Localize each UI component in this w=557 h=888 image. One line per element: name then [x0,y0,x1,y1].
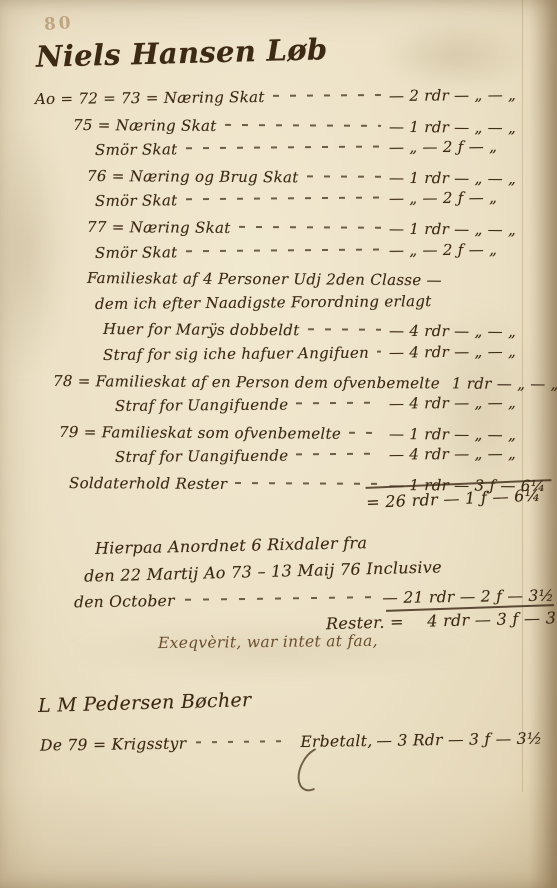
signature-entry-row: De 79 = Krigsstyr Erbetalt, — 3 Rdr — 3 … [40,729,554,754]
ledger-row-amount: — 4 rdr — „ — „ [389,393,549,412]
rester-amount: 4 rdr — 3 ƒ — 3½ [427,608,557,631]
ledger-row: Smör Skat — „ — 2 ƒ — „ [95,137,549,167]
ledger-row-amount: — 2 rdr — „ — „ [389,86,549,105]
dotted-leader [186,747,296,749]
paid-label: Erbetalt, [300,732,372,751]
paid-amount: — 3 Rdr — 3 ƒ — 3½ [376,730,542,750]
ledger-row: Straf for Uangifuende — 4 rdr — „ — „ [115,393,549,422]
dotted-leader [231,233,389,234]
ledger-row: Ao = 72 = 73 = Næring Skat — 2 rdr — „ —… [35,86,549,116]
ledger-row-label: 79 = Familieskat som ofvenbemelte [59,423,341,443]
dotted-leader [288,409,389,410]
bleedthrough-blob [380,20,530,90]
ledger-row-label: Soldaterhold Rester [69,474,227,493]
ledger-row-label: 76 = Næring og Brug Skat [87,167,299,186]
ledger-row-amount: 1 rdr — „ — „ [452,374,557,393]
ledger-row-amount: — „ — 2 ƒ — „ [389,137,549,156]
execution-note: Exeqvèrit, war intet at faa, [158,632,378,652]
ledger-row: Straf for Uangifuende — 4 rdr — „ — „ [115,445,549,474]
ledger-row: dem ich efter Naadigste Forordning erlag… [95,291,549,321]
dotted-leader [299,182,389,183]
ledger-row-label: Familieskat af 4 Personer Udj 2den Class… [87,269,442,289]
dotted-leader [217,130,389,131]
dotted-leader [265,101,389,102]
dotted-leader [178,255,389,257]
ledger-row-amount: — „ — 2 ƒ — „ [389,188,549,207]
ledger-row-label: 78 = Familieskat af en Person dem ofvenb… [53,372,440,392]
signature-entry-label: De 79 = Krigsstyr [40,735,187,755]
ledger-row: Straf for sig iche hafuer Angifuen — 4 r… [103,342,549,371]
ledger-row-label: Smör Skat [95,192,178,211]
dotted-leader [178,153,389,155]
dotted-leader [178,204,389,206]
ledger-row-amount: — „ — 2 ƒ — „ [389,240,549,259]
ledger-row-amount: — 1 rdr — „ — „ [389,220,549,239]
ledger-row-amount: — 1 rdr — „ — „ [389,425,549,444]
settlement-line-2: den 22 Martij Ao 73 – 13 Maij 76 Inclusi… [84,557,442,585]
ledger-row-label: Straf for Uangifuende [115,447,289,467]
ledger-row: Smör Skat — „ — 2 ƒ — „ [95,188,549,218]
page-title: Niels Hansen Løb [36,32,328,74]
ledger-row-amount: — 1 rdr — „ — „ [389,118,549,137]
dotted-leader [300,336,389,337]
ledger-row-label: dem ich efter Naadigste Forordning erlag… [95,292,432,313]
signature-name: L M Pedersen Bøcher [38,689,252,717]
ledger-row-amount: — 4 rdr — „ — „ [389,322,549,341]
ledger-row-label: Smör Skat [95,243,178,262]
manuscript-page: 80 Niels Hansen Løb Ao = 72 = 73 = Nærin… [0,0,557,888]
ledger-row-label: Huer for Marÿs dobbeldt [103,320,300,339]
tax-ledger: Ao = 72 = 73 = Næring Skat — 2 rdr — „ —… [35,90,549,500]
dotted-leader [288,460,389,461]
ledger-row-label: Ao = 72 = 73 = Næring Skat [35,88,265,108]
ledger-row: Smör Skat — „ — 2 ƒ — „ [95,240,549,270]
ledger-row-label: Straf for Uangifuende [115,396,289,416]
ledger-row-label: 77 = Næring Skat [87,218,231,237]
rester-label: Rester. = [326,612,404,633]
ledger-row-label: 75 = Næring Skat [73,116,217,135]
ledger-row-amount: — 1 rdr — „ — „ [389,169,549,188]
folio-stamp: 80 [43,13,74,35]
ledger-row-amount: — 4 rdr — „ — „ [389,342,549,361]
settlement-line-1: Hierpaa Anordnet 6 Rixdaler fra [95,533,368,558]
ledger-row-amount: — 4 rdr — „ — „ [389,445,549,464]
ledger-row-label: Straf for sig iche hafuer Angifuen [103,344,369,364]
dotted-leader [175,603,383,606]
settlement-line-3-label: den October [74,592,175,611]
ledger-row-label: Smör Skat [95,140,178,159]
